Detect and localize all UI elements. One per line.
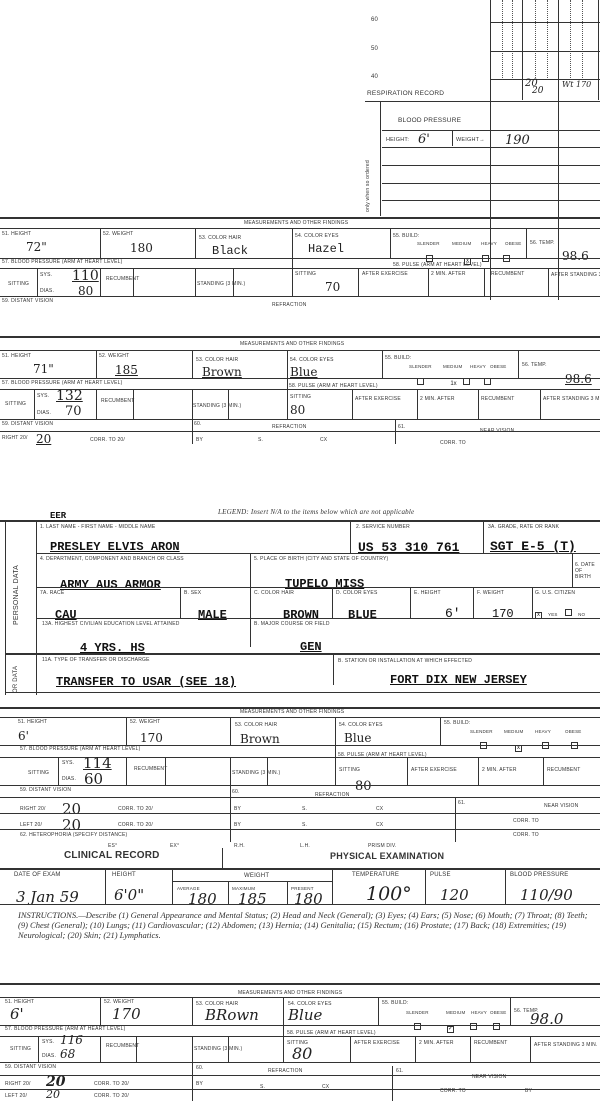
min-after-label: 2 MIN. AFTER [419,1040,454,1046]
respiration-record-label: RESPIRATION RECORD [367,90,444,97]
chart-weight-value: 190 [505,133,530,148]
near-vision-label: NEAR VISION [544,803,578,809]
sex-value: MALE [198,608,227,622]
weight-label: 52. WEIGHT [103,231,133,237]
after-exercise-label: AFTER EXERCISE [354,1040,400,1046]
sex-label: b. SEX [184,590,201,596]
sys-label: SYS. [40,272,52,278]
ex-label: EX° [170,843,179,849]
corr-to-label: CORR. TO 20/ [94,1081,129,1087]
hair-value: BRown [205,1006,259,1024]
standing-label: STANDING (3 min.) [194,1046,242,1052]
rh-label: R.H. [234,843,245,849]
build-obese: OBESE [505,241,522,246]
name-label: 1. LAST NAME - FIRST NAME - MIDDLE NAME [40,524,155,530]
temperature-label: TEMPERATURE [352,872,399,878]
left-cx-label: CX [376,822,383,828]
dias-label: DIAS. [42,1053,56,1059]
eyes-value: BLUE [348,608,377,622]
left-corr-to-label: CORR. TO 20/ [118,822,153,828]
grade-label: 3a. GRADE, RATE OR RANK [488,524,559,530]
race-value: CAU [55,608,77,622]
clinical-weight-label: WEIGHT [244,873,269,879]
chart-height-label: HEIGHT: [386,137,409,143]
blood-pressure-label: BLOOD PRESSURE [398,117,461,124]
near-corr-to-label: CORR. TO [440,440,466,446]
left-by-label: BY [234,822,241,828]
dias-label: DIAS. [40,288,54,294]
by-label: BY [196,437,203,443]
pulse-sitting-label: SITTING [295,271,316,277]
near-corr-to-label: CORR. TO [513,818,539,824]
department-label: 4. DEPARTMENT, COMPONENT AND BRANCH OR C… [40,556,240,562]
min-after-label: 2 MIN. AFTER [420,396,455,402]
height-label: 51. HEIGHT [2,353,31,359]
temperature-value: 100° [366,883,412,905]
major-label: b. MAJOR COURSE OR FIELD [254,621,330,627]
chart-height-value: 6' [418,132,430,147]
dias-label: DIAS. [62,776,76,782]
scale-label-60: 60 [371,17,378,23]
personal-data-side-label: PERSONAL DATA [13,565,20,625]
build-slender: SLENDER [406,1010,429,1015]
station-value: FORT DIX NEW JERSEY [390,673,527,687]
s-label: S. [302,806,307,812]
average-value: 180 [188,890,217,908]
weight-value: 180 [130,241,153,255]
citizen-no-label: NO [578,612,585,617]
respiration-weight-note: Wt 170 [562,80,591,89]
recumbent-pulse-label: RECUMBENT [547,767,580,773]
refraction-label: REFRACTION [268,1068,303,1074]
service-number-label: 2. SERVICE NUMBER [356,524,410,530]
recumbent-label: RECUMBENT [134,766,167,772]
recumbent-label: RECUMBENT [106,276,139,282]
by-label: BY [234,806,241,812]
section-title: MEASUREMENTS AND OTHER FINDINGS [240,341,344,347]
sitting-label: SITTING [10,1046,31,1052]
recumbent-pulse-label: RECUMBENT [491,271,524,277]
weight-label: 52. WEIGHT [99,353,129,359]
near-corr-to-label-2: CORR. TO [513,832,539,838]
maximum-value: 185 [238,890,267,908]
build-slender: SLENDER [409,364,432,369]
hair-value: Brown [202,365,242,379]
section-title: MEASUREMENTS AND OTHER FINDINGS [244,220,348,226]
date-exam-label: DATE OF EXAM [14,872,61,878]
citizen-yes-label: YES [548,612,558,617]
pulse-label: PULSE [430,872,451,878]
sys-label: SYS. [37,393,49,399]
birthdate-label: 6. DATE OF BIRTH [575,562,599,580]
clinical-height-label: HEIGHT [112,872,136,878]
section-title: MEASUREMENTS AND OTHER FINDINGS [238,990,342,996]
hair-label: 53. COLOR HAIR [196,357,238,363]
distant-vision-label: 59. DISTANT VISION [2,298,53,304]
hair-value: BROWN [283,608,319,622]
build-checkboxes[interactable]: ✓ [414,1017,506,1035]
build-obese: OBESE [490,1010,507,1015]
build-label: 55. BUILD: [444,720,470,726]
sitting-sys-value: 116 [60,1033,83,1047]
education-label: 13a. HIGHEST CIVILIAN EDUCATION LEVEL AT… [42,621,202,627]
field-61-label: 61. [398,424,406,430]
sitting-label: SITTING [28,770,49,776]
birthplace-value: TUPELO MISS [285,577,364,591]
left-corr-to-label: CORR. TO 20/ [94,1093,129,1099]
after-standing-label: AFTER STANDING 3 MIN. [534,1042,598,1048]
temp-value: 98.6 [562,249,589,263]
distant-vision-label: 59. DISTANT VISION [20,787,71,793]
eyes-label: 54. COLOR EYES [339,722,383,728]
recumbent-pulse-label: RECUMBENT [474,1040,507,1046]
respiration-value-2: 20 [532,86,543,96]
transfer-value: TRANSFER TO USAR (SEE 18) [56,675,236,689]
weight-label: 52. WEIGHT [130,719,160,725]
left-s-label: S. [302,822,307,828]
bp-label: 57. BLOOD PRESSURE (Arm at heart level) [5,1026,126,1032]
major-value: GEN [300,640,322,654]
pulse-sitting-label: SITTING [339,767,360,773]
build-label: 55. BUILD: [393,233,419,239]
dias-label: DIAS. [37,410,51,416]
field-60-label: 60. [196,1065,204,1071]
weight-label: f. WEIGHT [477,590,504,596]
right-eye-label: RIGHT 20/ [2,435,28,441]
refraction-label: REFRACTION [272,424,307,430]
standing-label: STANDING (3 min.) [232,770,280,776]
sitting-sys-value: 132 [56,388,83,404]
chart-weight-label: WEIGHT→ [456,137,485,143]
right-eye-label: RIGHT 20/ [5,1081,31,1087]
after-standing-label: AFTER STANDING 3 MIN. [551,272,600,278]
height-value: 6' [18,729,29,743]
left-eye-label: LEFT 20/ [20,822,42,828]
eyes-value: Blue [290,365,318,379]
after-exercise-label: AFTER EXERCISE [411,767,457,773]
sitting-sys-value: 110 [72,268,99,284]
hair-value: Black [212,244,248,258]
present-value: 180 [294,890,323,908]
right-eye-value: 20 [36,432,51,446]
cx-label: CX [320,437,327,443]
field-61-label: 61. [458,800,466,806]
sys-label: SYS. [42,1039,54,1045]
build-heavy: HEAVY [535,729,551,734]
bp-label: 57. BLOOD PRESSURE (Arm at heart level) [2,380,123,386]
physical-exam-title: PHYSICAL EXAMINATION [330,851,444,861]
distant-vision-label: 59. DISTANT VISION [2,421,53,427]
build-obese: OBESE [490,364,507,369]
blood-pressure-value: 110/90 [520,886,573,904]
station-label: b. STATION OR INSTALLATION AT WHICH EFFE… [338,658,472,664]
refraction-label: REFRACTION [272,302,307,308]
sitting-label: SITTING [8,281,29,287]
eyes-label: 54. COLOR EYES [295,233,339,239]
height-value: 72" [26,240,47,254]
recumbent-pulse-label: RECUMBENT [481,396,514,402]
height-value: 6' [10,1005,24,1023]
hair-label: c. COLOR HAIR [254,590,294,596]
eyes-label: 54. COLOR EYES [290,357,334,363]
after-exercise-label: AFTER EXERCISE [355,396,401,402]
es-label: ES° [108,843,117,849]
lh-label: L.H. [300,843,310,849]
standing-label: STANDING (3 min.) [193,403,241,409]
bp-label: 57. BLOOD PRESSURE (Arm at heart level) [20,746,141,752]
eyes-value: Hazel [308,242,344,256]
distant-vision-label: 59. DISTANT VISION [5,1064,56,1070]
build-checkboxes[interactable]: 1x [417,372,497,390]
instructions-text: INSTRUCTIONS.—Describe (1) General Appea… [18,910,598,940]
hair-label: 53. COLOR HAIR [199,235,241,241]
build-obese: OBESE [565,729,582,734]
hair-label: 53. COLOR HAIR [235,722,277,728]
after-standing-label: AFTER STANDING 3 MIN. [543,396,600,402]
left-eye-value: 20 [46,1088,60,1101]
sys-label: SYS. [62,760,74,766]
weight-value: 170 [140,731,163,745]
pulse-sitting-value: 80 [290,403,305,417]
race-label: 7a. RACE [40,590,64,596]
hair-value: Brown [240,732,280,746]
build-slender: SLENDER [470,729,493,734]
transfer-label: 11a. TYPE OF TRANSFER OR DISCHARGE [42,657,150,663]
standing-label: STANDING (3 min.) [197,281,245,287]
build-medium: MEDIUM [452,241,471,246]
weight-value: 185 [115,363,138,377]
weight-value: 170 [112,1005,141,1023]
birthplace-label: 5. PLACE OF BIRTH (City and State of Cou… [254,556,388,562]
legend-text: LEGEND: Insert N/A to the items below wh… [218,508,414,516]
recumbent-label: RECUMBENT [101,398,134,404]
scale-label-50: 50 [371,46,378,52]
min-after-label: 2 MIN. AFTER [482,767,517,773]
bp-label: 57. BLOOD PRESSURE (Arm at heart level) [2,259,123,265]
temp-label: 56. TEMP. [522,362,547,368]
or-data-side-label: OR DATA [13,666,19,693]
by-label: BY [196,1081,203,1087]
field-61-label: 61. [396,1068,404,1074]
pulse-value: 120 [440,886,469,904]
name-value: PRESLEY ELVIS ARON [50,540,180,554]
citizen-label: g. U.S. CITIZEN [535,590,575,596]
chart-side-note: only when so ordered [365,160,371,212]
sitting-label: SITTING [5,401,26,407]
eyes-value: Blue [288,1006,322,1024]
build-heavy: HEAVY [481,241,497,246]
cx-label: CX [376,806,383,812]
build-heavy: HEAVY [471,1010,487,1015]
right-eye-label: RIGHT 20/ [20,806,46,812]
build-slender: SLENDER [417,241,440,246]
after-exercise-label: AFTER EXERCISE [362,271,408,277]
build-heavy: HEAVY [470,364,486,369]
prism-label: PRISM DIV. [368,843,397,849]
scale-label-40: 40 [371,74,378,80]
clinical-record-title: CLINICAL RECORD [64,850,160,861]
section-title: MEASUREMENTS AND OTHER FINDINGS [240,709,344,715]
s-label: S. [258,437,263,443]
height-label: 51. HEIGHT [18,719,47,725]
department-value: ARMY AUS ARMOR [60,578,161,592]
eyes-label: d. COLOR EYES [336,590,378,596]
temp-value: 98.6 [565,372,592,386]
temp-label: 56. TEMP. [530,240,555,246]
heterophoria-label: 62. HETEROPHORIA (Specify distance) [20,832,127,838]
clinical-height-value: 6'0" [114,886,144,904]
field-60-label: 60. [194,421,202,427]
corr-to-label: CORR. TO 20/ [118,806,153,812]
sitting-dias-value: 70 [65,404,82,419]
field-60-label: 60. [232,789,240,795]
eyes-value: Blue [344,731,372,745]
recumbent-label: RECUMBENT [106,1043,139,1049]
height-label: e. HEIGHT [414,590,441,596]
grade-value: SGT E-5 (T) [490,539,576,554]
sitting-dias-value: 68 [60,1047,75,1061]
pulse-sitting-label: SITTING [290,394,311,400]
height-label: 51. HEIGHT [2,231,31,237]
left-eye-label: LEFT 20/ [5,1093,27,1099]
pulse-sitting-value: 70 [325,280,340,294]
corr-to-label: CORR. TO 20/ [90,437,125,443]
pulse-sitting-value: 80 [292,1044,312,1063]
min-after-label: 2 MIN. AFTER [431,271,466,277]
build-medium: MEDIUM [446,1010,465,1015]
height-value: 71" [33,362,54,376]
build-medium: MEDIUM [443,364,462,369]
build-label: 55. BUILD: [385,355,411,361]
blood-pressure-label: BLOOD PRESSURE [510,872,568,878]
pulse-sitting-value: 80 [355,779,372,794]
build-label: 55. BUILD: [382,1000,408,1006]
build-medium: MEDIUM [504,729,523,734]
